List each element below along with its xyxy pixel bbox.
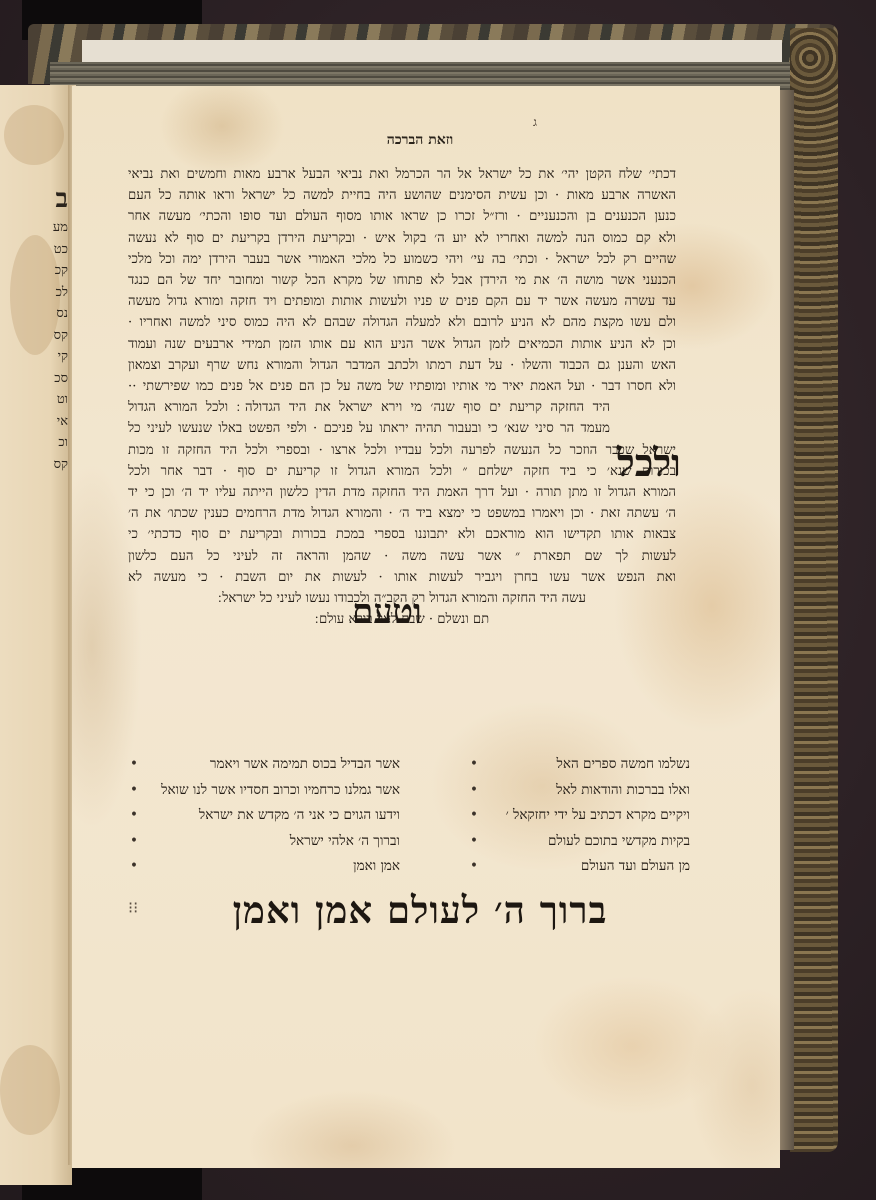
poem-line: בקיות מקדשי בתוכם לעולם xyxy=(548,829,690,855)
poem-line: אמן ואמן xyxy=(353,854,400,880)
left-display-letter: ב xyxy=(8,181,68,217)
signature-mark: ⁝⁝ xyxy=(128,898,138,917)
left-page: ב מע כט קכ לכ נס קס קי סכ וט אי וכ קס xyxy=(0,85,72,1185)
left-line: אי xyxy=(8,411,68,433)
left-line: קס xyxy=(8,454,68,476)
poem-line: אשר הבדיל בכוס תמימה אשר ויאמר xyxy=(210,752,400,778)
page-mark: ג xyxy=(533,115,537,130)
left-line: נס xyxy=(8,303,68,325)
bullet-icon: • xyxy=(470,752,478,778)
commentary-line: ישראל שכבר הוזכר כל הנעשה לפרעה ולכל עבד… xyxy=(128,440,676,461)
poem-column-right: נשלמו חמשה ספרים האל• ואלו בברכות והודאו… xyxy=(470,752,690,880)
running-head: וזאת הברכה xyxy=(360,132,480,149)
commentary-line: צבאות אותו תקדישו הוא מוראכם ולא יתבוננו… xyxy=(128,524,676,545)
bullet-icon: • xyxy=(470,829,478,855)
commentary-block: דכתי׳ שלח הקטן יהי׳ את כל ישראל אל הר הכ… xyxy=(128,164,676,630)
commentary-line: ולא קם כמוס הנה למשה ואחריו לא יוע ה׳ בק… xyxy=(128,228,676,249)
left-line: כט xyxy=(8,239,68,261)
bullet-icon: • xyxy=(130,854,138,880)
closing-blessing: ברוך ה׳ לעולם אמן ואמן xyxy=(230,888,610,933)
commentary-line: ה׳ עשתה זאת · וכן ויאמרו במשפט כי ימצא ב… xyxy=(128,503,676,524)
commentary-line: דכתי׳ שלח הקטן יהי׳ את כל ישראל אל הר הכ… xyxy=(128,164,676,185)
poem-line: נשלמו חמשה ספרים האל xyxy=(557,752,690,778)
bullet-icon: • xyxy=(130,752,138,778)
commentary-line: עד עשרה מעשה אשר יד עם הקם פנים ש פניו ו… xyxy=(128,291,676,312)
marbled-cover-right xyxy=(790,28,838,1152)
left-line: סכ xyxy=(8,368,68,390)
bullet-icon: • xyxy=(470,854,478,880)
commentary-line: וכן לא הניע אותות הכמיאים לזמן הגדול אשר… xyxy=(128,334,676,355)
display-word-vlekhol: ולכל xyxy=(617,440,681,486)
left-line: וט xyxy=(8,389,68,411)
bullet-icon: • xyxy=(130,803,138,829)
poem-line: ואלו בברכות והודאות לאל xyxy=(556,778,690,804)
left-line: קכ xyxy=(8,260,68,282)
commentary-line: לעשות לך שם תפארת ״ אשר עשה משה · שהמן ו… xyxy=(128,546,676,567)
left-line: לכ xyxy=(8,282,68,304)
bullet-icon: • xyxy=(130,829,138,855)
bullet-icon: • xyxy=(470,778,478,804)
commentary-line: המורא הגדול זו מתן תורה · ועל דרך האמת ה… xyxy=(128,482,676,503)
left-line: קי xyxy=(8,346,68,368)
left-line: וכ xyxy=(8,432,68,454)
commentary-line: האש והענן גם הכבוד והשלו · על דעת רמתו ו… xyxy=(128,355,676,376)
display-word-vetaam: וטעם xyxy=(352,592,422,632)
poem-line: ויקיים מקרא דכתיב על ידי יחזקאל ׳ xyxy=(506,803,690,829)
bullet-icon: • xyxy=(130,778,138,804)
left-line: קס xyxy=(8,325,68,347)
commentary-line: היד החזקה קריעת ים סוף שנה׳ מי וירא ישרא… xyxy=(128,397,610,418)
commentary-line: האשרה ארבע מאות · וכן עשית הסימנים שהושע… xyxy=(128,185,676,206)
commentary-line: בכורות שנא׳ כי ביד חזקה ישלחם ״ ולכל המו… xyxy=(128,461,676,482)
left-line: מע xyxy=(8,217,68,239)
commentary-line: מעמד הר סיני שנא׳ כי ובעבור תהיה יראתו ע… xyxy=(128,418,610,439)
poem-line: וידעו הגוים כי אני ה׳ מקדש את ישראל xyxy=(199,803,400,829)
commentary-line: שהיים רק לכל ישראל · וכתי׳ בה עי׳ ויהי כ… xyxy=(128,249,676,270)
poem-line: מן העולם ועד העולם xyxy=(581,854,690,880)
left-page-text: ב מע כט קכ לכ נס קס קי סכ וט אי וכ קס xyxy=(8,181,68,475)
commentary-line: ולא חסרו דבר · ועל האמת יאיר מי אותיו ומ… xyxy=(128,376,676,397)
commentary-line: הכנעני אשר מושה ה׳ את מי הירדן אבל לא פת… xyxy=(128,270,676,291)
poem-line: אשר גמלנו כרחמיו וכרוב חסדיו אשר לנו שוא… xyxy=(161,778,400,804)
commentary-line: ולם עשו מקצת מהם לא הניע לרובם ולא למעלה… xyxy=(128,312,676,333)
poem-line: וברוך ה׳ אלהי ישראל xyxy=(290,829,400,855)
commentary-line: ואת הנפש אשר עשו בחרן ויגביר לעשות אותו … xyxy=(128,567,676,588)
commentary-line: כנען הכנענים בן והכנעניים · ורז״ל זכרו כ… xyxy=(128,206,676,227)
poem-column-left: אשר הבדיל בכוס תמימה אשר ויאמר• אשר גמלנ… xyxy=(130,752,400,880)
bullet-icon: • xyxy=(470,803,478,829)
